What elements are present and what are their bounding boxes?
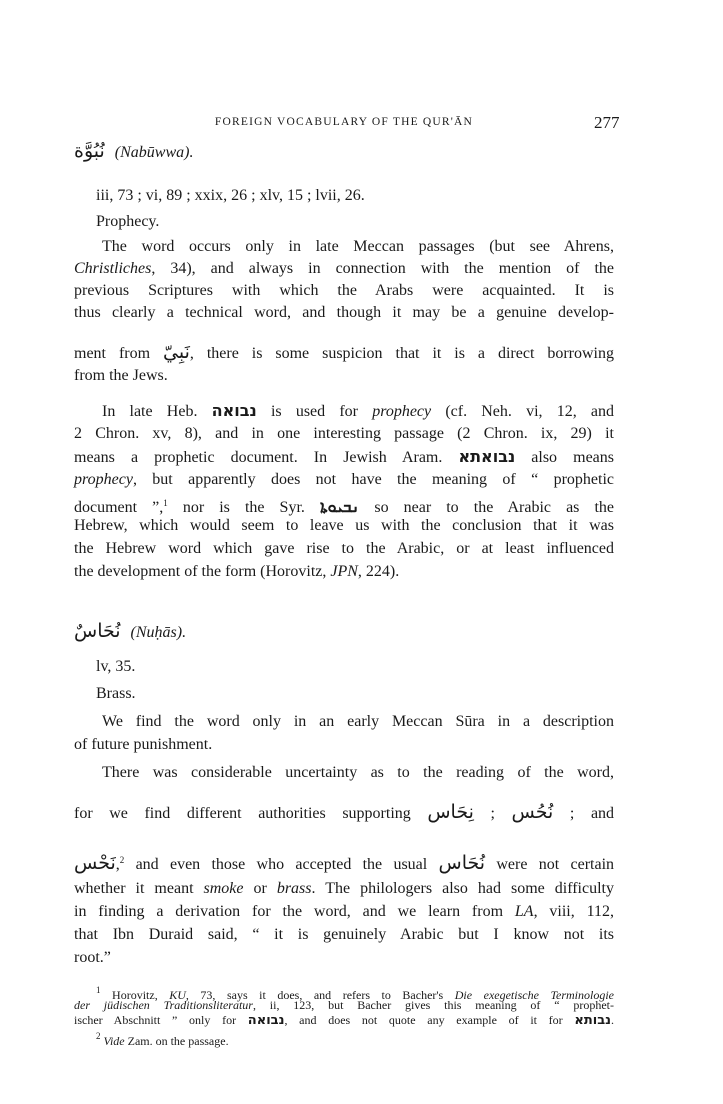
arabic-word: نِحَاس <box>427 801 474 823</box>
arabic-headword: نُحَاسٌ <box>74 620 121 642</box>
paragraph-line: means a prophetic document. In Jewish Ar… <box>74 447 614 468</box>
paragraph-line: In late Heb. נבואה is used for prophecy … <box>102 401 614 422</box>
verse-references: iii, 73 ; vi, 89 ; xxix, 26 ; xlv, 15 ; … <box>96 186 636 206</box>
arabic-headword: نُبُوَّة <box>74 140 105 162</box>
transliteration: (Nabūwwa). <box>115 144 194 161</box>
footnote-2: 2 Vide Zam. on the passage. <box>96 1029 614 1049</box>
page-number: 277 <box>594 113 620 133</box>
paragraph-line: ment from نَبِيّ, there is some suspicio… <box>74 342 614 364</box>
arabic-word: نَحْس <box>74 852 116 874</box>
paragraph-line: whether it meant smoke or brass. The phi… <box>74 879 614 899</box>
footnote-1-cont: ischer Abschnitt ” only for נבואה, and d… <box>74 1013 614 1028</box>
paragraph-line: previous Scriptures with which the Arabs… <box>74 281 614 301</box>
paragraph-line: of future punishment. <box>74 735 614 755</box>
footnote-1-cont: der jüdischen Traditionsliteratur, ii, 1… <box>74 998 614 1013</box>
paragraph-line: We find the word only in an early Meccan… <box>102 712 614 732</box>
paragraph-line: in finding a derivation for the word, an… <box>74 902 614 922</box>
entry-headword: نُبُوَّة (Nabūwwa). <box>74 140 193 162</box>
verse-references: lv, 35. <box>96 657 636 677</box>
hebrew-word: נבואה <box>212 401 257 420</box>
paragraph-line: 2 Chron. xv, 8), and in one interesting … <box>74 424 614 444</box>
entry-headword: نُحَاسٌ (Nuḥās). <box>74 620 186 642</box>
document-page: FOREIGN VOCABULARY OF THE QUR'ĀN 277 نُب… <box>0 0 723 1104</box>
paragraph-line: for we find different authorities suppor… <box>74 802 614 824</box>
paragraph-line: Hebrew, which would seem to leave us wit… <box>74 516 614 536</box>
paragraph-line: There was considerable uncertainty as to… <box>102 763 614 783</box>
aramaic-word: נבואתא <box>458 447 515 466</box>
arabic-word: نَبِيّ <box>163 341 190 363</box>
syriac-word: ܢܒܝܘܬܐ <box>320 497 359 516</box>
paragraph-line: root.” <box>74 948 614 968</box>
entry-meaning: Brass. <box>96 684 636 704</box>
paragraph-line: The word occurs only in late Meccan pass… <box>102 237 614 257</box>
arabic-word: نُحُس <box>512 801 554 823</box>
paragraph-line: from the Jews. <box>74 366 614 386</box>
transliteration: (Nuḥās). <box>131 624 187 641</box>
paragraph-line: نَحْس,2 and even those who accepted the … <box>74 850 614 875</box>
paragraph-line: thus clearly a technical word, and thoug… <box>74 303 614 323</box>
running-header: FOREIGN VOCABULARY OF THE QUR'ĀN <box>70 116 618 128</box>
paragraph-line: the development of the form (Horovitz, J… <box>74 562 614 582</box>
entry-meaning: Prophecy. <box>96 212 636 232</box>
paragraph-line: Christliches, 34), and always in connect… <box>74 259 614 279</box>
arabic-word: نُحَاس <box>439 852 486 874</box>
paragraph-line: that Ibn Duraid said, “ it is genuinely … <box>74 925 614 945</box>
paragraph-line: the Hebrew word which gave rise to the A… <box>74 539 614 559</box>
paragraph-line: prophecy, but apparently does not have t… <box>74 470 614 490</box>
paragraph-line: document ”,1 nor is the Syr. ܢܒܝܘܬܐ so n… <box>74 493 614 518</box>
